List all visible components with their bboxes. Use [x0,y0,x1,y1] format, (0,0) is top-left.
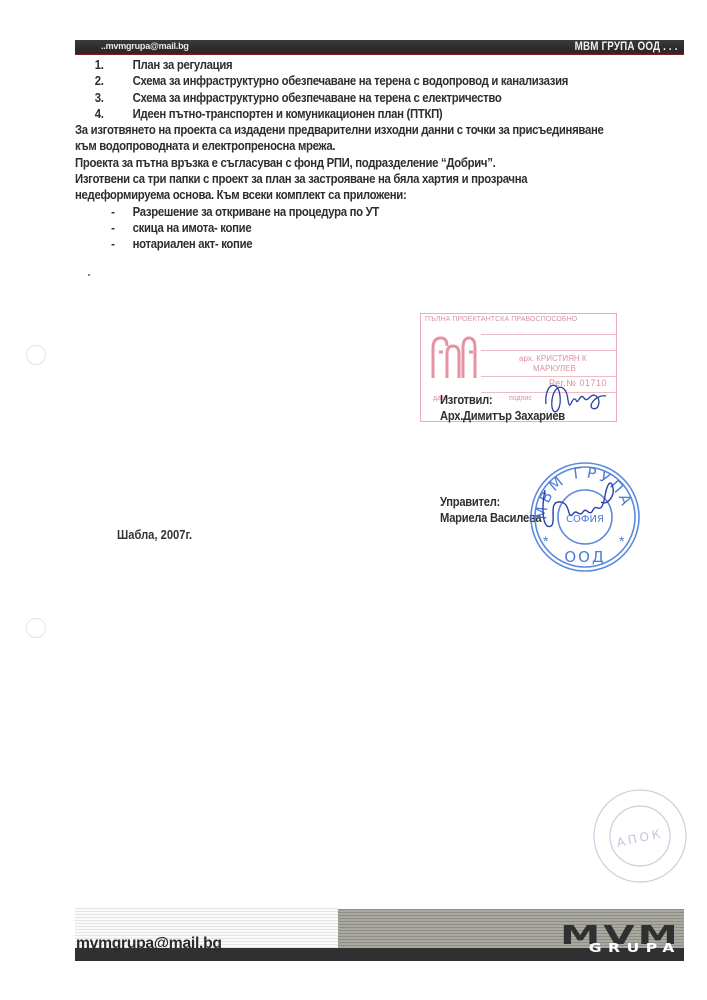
numbered-item: 2.Схема за инфраструктурно обезпечаване … [75,73,608,89]
stamp-bottom-text: ООД [564,548,605,566]
item-text: Идеен пътно-транспортен и комуникационен… [133,106,443,121]
attachment-item: -нотариален акт- копие [75,236,608,252]
header-email: ..mvmgrupa@mail.bg [101,41,189,51]
document-body: 1.План за регулация 2.Схема за инфрастру… [75,57,695,253]
paragraph-line: За изготвянето на проекта са издадени пр… [75,122,608,138]
dash-bullet: - [111,236,114,252]
place-date: Шабла, 2007г. [117,527,192,542]
punch-hole-mark [26,345,46,365]
header-bar: ..mvmgrupa@mail.bg МВМ ГРУПА ООД . . . [75,40,684,55]
footer-banner: mvmgrupa@mail.bg MVM GRUPA [75,908,684,961]
stamp-divider [481,334,616,335]
attachment-text: нотариален акт- копие [133,236,253,251]
numbered-item: 4.Идеен пътно-транспортен и комуникацион… [75,106,608,122]
paragraph-line: Изготвени са три папки с проект за план … [75,171,608,187]
attachment-text: скица на имота- копие [133,220,252,235]
item-number: 1. [95,57,104,73]
footer-logo-grupa: GRUPA [589,942,681,954]
company-round-stamp: МВМ ГРУПА СОФИЯ ООД * * [527,460,642,575]
scan-speck [88,274,90,276]
faded-round-stamp: АПОК [592,778,687,893]
item-text: Схема за инфраструктурно обезпечаване на… [133,73,568,88]
stamp-divider [481,350,616,351]
item-number: 2. [95,73,104,89]
architect-signature [540,374,610,422]
attachment-text: Разрешение за откриване на процедура по … [133,204,379,219]
paragraph-line: към водопроводната и електропреносна мре… [75,138,608,154]
chamber-logo-icon [429,332,477,380]
item-number: 4. [95,106,104,122]
footer-email: mvmgrupa@mail.bg [76,935,222,953]
numbered-item: 1.План за регулация [75,57,608,73]
item-number: 3. [95,90,104,106]
header-company-name: МВМ ГРУПА ООД . . . [575,39,678,53]
dash-bullet: - [111,204,114,220]
star-icon: * [619,533,625,549]
attachment-item: -Разрешение за откриване на процедура по… [75,204,608,220]
paragraph-line: Проекта за пътна връзка е съгласуван с ф… [75,155,608,171]
punch-hole-mark [26,618,46,638]
svg-text:МВМ ГРУПА: МВМ ГРУПА [532,463,636,520]
stamp-title: ПЪЛНА ПРОЕКТАНТСКА ПРАВОСПОСОБНО [425,316,577,323]
paragraph-line: недеформируема основа. Към всеки комплек… [75,187,608,203]
stamp-surname: МАРКУЛЕВ [533,364,576,373]
item-text: Схема за инфраструктурно обезпечаване на… [133,90,502,105]
item-text: План за регулация [133,57,233,72]
dash-bullet: - [111,220,114,236]
stamp-top-text: МВМ ГРУПА [532,463,636,520]
star-icon: * [543,533,549,549]
numbered-item: 3.Схема за инфраструктурно обезпечаване … [75,90,608,106]
stamp-architect: арх. КРИСТИЯН К [519,354,587,363]
faded-stamp-text: АПОК [615,826,664,850]
attachment-item: -скица на имота- копие [75,220,608,236]
